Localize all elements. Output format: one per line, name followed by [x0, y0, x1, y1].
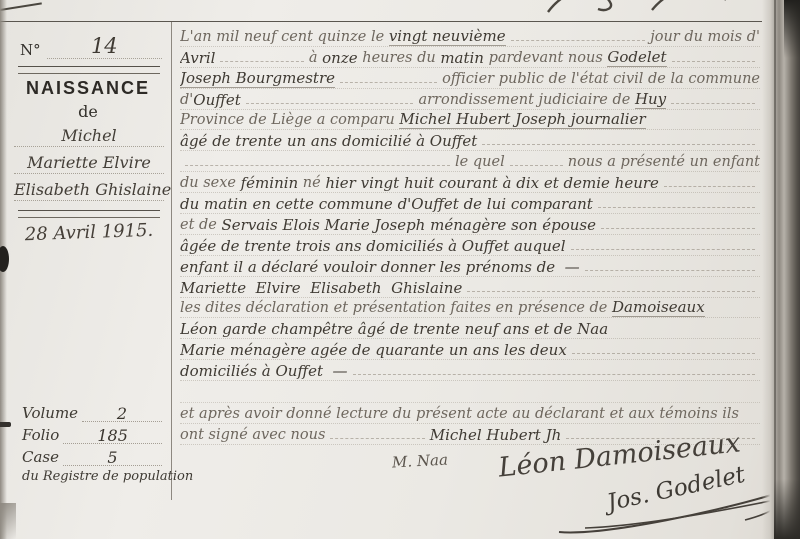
- printed-form-text: ont signé avec nous: [180, 427, 325, 444]
- handwritten-text: hier vingt huit courant à dix et demie h…: [325, 175, 659, 192]
- act-text-line: et de Servais Elois Marie Joseph ménagèr…: [180, 214, 760, 235]
- handwritten-text: du matin en cette commune d'Ouffet de lu…: [180, 196, 593, 213]
- registry-row-value: 5: [63, 450, 162, 466]
- ruled-gap: [467, 291, 755, 292]
- printed-form-text: arrondissement judiciaire de: [418, 92, 634, 109]
- handwritten-text: Joseph Bourgmestre: [180, 70, 335, 88]
- printed-form-text: d': [180, 92, 193, 109]
- ruled-gap: [482, 144, 755, 145]
- printed-form-text: heures du: [358, 50, 441, 67]
- ruled-gap: [601, 228, 755, 229]
- double-rule: [18, 210, 160, 218]
- blank-ruled-line: [180, 381, 760, 403]
- double-rule: [18, 66, 160, 74]
- act-text-line: et après avoir donné lecture du présent …: [180, 403, 760, 424]
- registry-row-label: Volume: [22, 404, 78, 422]
- ruled-gap: [664, 186, 755, 187]
- act-text-line: d'Ouffetarrondissement judiciaire de Huy: [180, 89, 760, 110]
- act-text-line: Léon garde champêtre âgé de trente neuf …: [180, 318, 760, 339]
- handwritten-text: âgé de trente un ans domicilié à Ouffet: [180, 133, 477, 150]
- printed-form-text: du sexe: [180, 175, 241, 192]
- printed-form-text: pardevant nous: [484, 50, 607, 67]
- ruled-gap: [510, 165, 563, 166]
- printed-form-text: à: [309, 50, 322, 67]
- printed-form-text: et de: [180, 217, 222, 234]
- handwritten-text: Huy: [635, 91, 666, 109]
- printed-form-text: jour du mois d': [650, 29, 760, 46]
- binding-top-shadow: [784, 0, 800, 58]
- ruled-gap: [572, 353, 755, 354]
- margin-divider-rule: [171, 22, 172, 500]
- registry-row-value: 2: [82, 406, 162, 422]
- ruled-gap: [671, 103, 755, 104]
- registry-row: Volume2: [22, 400, 162, 422]
- ruled-gap: [585, 270, 755, 271]
- page-bottom-left-shadow: [0, 503, 16, 539]
- act-text-line: domiciliés à Ouffet —: [180, 360, 760, 381]
- child-name: Mariette Elvire: [14, 153, 164, 174]
- ruled-gap: [571, 249, 755, 250]
- registry-block: Volume2Folio185Case5 du Registre de popu…: [22, 400, 162, 484]
- ruled-gap: [246, 103, 414, 104]
- printed-form-text: les dites déclaration et présentation fa…: [180, 300, 612, 317]
- act-text-line: Avrilà onze heures du matin pardevant no…: [180, 47, 760, 68]
- handwritten-text: onze: [322, 50, 357, 67]
- act-text-line: âgée de trente trois ans domiciliés à Ou…: [180, 235, 760, 256]
- registry-row-value: 185: [63, 428, 162, 444]
- registry-row-label: Folio: [22, 426, 59, 444]
- margin-column: N° 14 NAISSANCE de MichelMariette Elvire…: [8, 22, 168, 522]
- act-text-line: les dites déclaration et présentation fa…: [180, 298, 760, 319]
- binding-mark: [0, 422, 11, 427]
- handwritten-text: vingt neuvième: [389, 28, 506, 46]
- handwritten-text: enfant il a déclaré vouloir donner les p…: [180, 259, 580, 276]
- act-text-line: Mariette Elvire Elisabeth Ghislaine: [180, 277, 760, 298]
- handwritten-text: matin: [440, 50, 484, 67]
- act-text-line: L'an mil neuf cent quinze le vingt neuvi…: [180, 26, 760, 47]
- registry-row-label: Case: [22, 448, 59, 466]
- registry-row: Case5: [22, 444, 162, 466]
- act-number-label: N°: [20, 41, 41, 59]
- handwritten-text: Godelet: [607, 49, 666, 67]
- ruled-gap: [185, 165, 450, 166]
- margin-date: 28 Avril 1915.: [12, 219, 167, 245]
- book-binding-edge: [762, 0, 800, 539]
- act-text-line: Province de Liège a comparu Michel Huber…: [180, 110, 760, 131]
- act-text-column: L'an mil neuf cent quinze le vingt neuvi…: [180, 26, 760, 445]
- ruled-gap: [598, 207, 755, 208]
- printed-form-text: et après avoir donné lecture du présent …: [180, 406, 739, 423]
- birth-record-scan: N° 14 NAISSANCE de MichelMariette Elvire…: [0, 0, 800, 539]
- handwritten-text: domiciliés à Ouffet —: [180, 363, 348, 380]
- handwritten-text: Marie ménagère agée de quarante un ans l…: [180, 342, 567, 359]
- act-text-line: du sexe féminin né hier vingt huit coura…: [180, 172, 760, 193]
- printed-form-text: officier public de l'état civil de la co…: [442, 71, 760, 88]
- printed-form-text: Province de Liège a comparu: [180, 112, 399, 129]
- handwritten-text: Damoiseaux: [612, 299, 705, 317]
- printed-form-text: né: [298, 175, 325, 192]
- handwritten-text: Avril: [180, 50, 215, 67]
- handwritten-text: Léon garde champêtre âgé de trente neuf …: [180, 321, 608, 338]
- act-number-line: N° 14: [20, 34, 162, 59]
- binding-bottom-shadow: [774, 479, 800, 539]
- ruled-gap: [511, 40, 646, 41]
- handwritten-text: féminin: [241, 175, 299, 192]
- signature-witness: M. Naa: [392, 451, 449, 472]
- act-text-line: le quelnous a présenté un enfant: [180, 151, 760, 172]
- act-text-line: âgé de trente un ans domicilié à Ouffet: [180, 130, 760, 151]
- registry-row: Folio185: [22, 422, 162, 444]
- handwritten-text: Michel Hubert Joseph journalier: [399, 111, 645, 129]
- binding-fold-line: [774, 0, 776, 539]
- ruled-gap: [340, 82, 437, 83]
- ruled-gap: [330, 438, 424, 439]
- child-name: Elisabeth Ghislaine: [14, 180, 164, 201]
- registry-rows: Volume2Folio185Case5: [22, 400, 162, 466]
- handwritten-text: Mariette Elvire Elisabeth Ghislaine: [180, 280, 462, 297]
- act-number-value: 14: [47, 34, 162, 59]
- record-type-title: NAISSANCE: [8, 78, 168, 99]
- ruled-gap: [220, 61, 303, 62]
- partial-signature-strokes-icon: [540, 0, 760, 18]
- handwritten-text: Michel Hubert Jh: [430, 427, 562, 444]
- act-text-line: enfant il a déclaré vouloir donner les p…: [180, 256, 760, 277]
- handwritten-text: âgée de trente trois ans domiciliés à Ou…: [180, 238, 566, 255]
- child-name: Michel: [14, 126, 164, 147]
- act-text-line: Joseph Bourgmestreofficier public de l'é…: [180, 68, 760, 89]
- printed-form-text: nous a présenté un enfant: [568, 154, 760, 171]
- printed-form-text: L'an mil neuf cent quinze le: [180, 29, 389, 46]
- ruled-gap: [672, 61, 755, 62]
- act-text-line: du matin en cette commune d'Ouffet de lu…: [180, 193, 760, 214]
- record-type-of: de: [8, 102, 168, 121]
- registry-footer: du Registre de population: [22, 469, 162, 484]
- ruled-gap: [353, 374, 755, 375]
- act-text-line: Marie ménagère agée de quarante un ans l…: [180, 339, 760, 360]
- handwritten-text: Servais Elois Marie Joseph ménagère son …: [222, 217, 597, 234]
- act-body-lines: L'an mil neuf cent quinze le vingt neuvi…: [180, 26, 760, 381]
- printed-form-text: le quel: [455, 154, 505, 171]
- handwritten-text: Ouffet: [193, 92, 241, 109]
